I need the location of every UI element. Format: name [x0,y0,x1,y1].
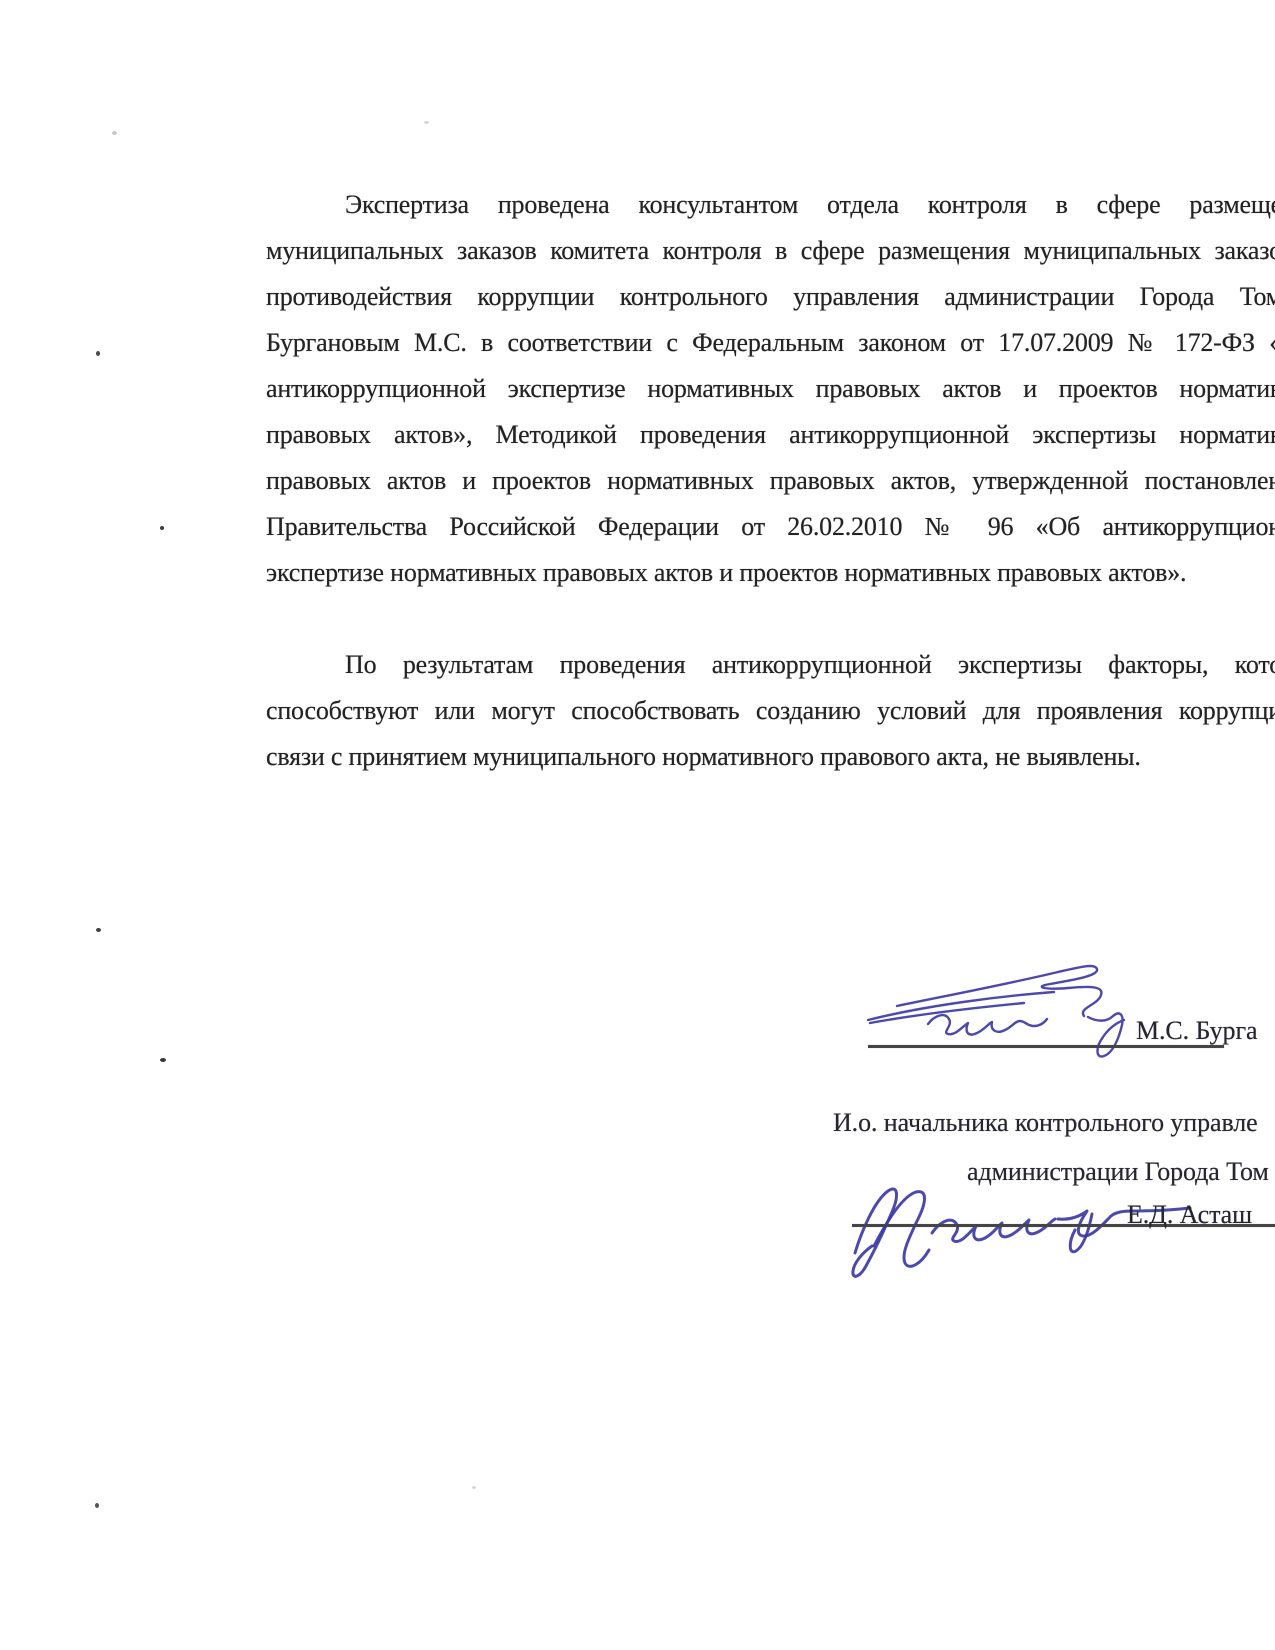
scan-speck [112,131,117,135]
scan-speck [800,757,804,760]
scan-speck [95,1503,99,1508]
scan-speck [160,1058,166,1062]
signature-1 [868,966,1124,1057]
scan-speck [160,526,164,530]
signature-2-stroke [874,1192,929,1267]
scan-speck [424,121,429,124]
signature-2-stroke [932,1219,1055,1241]
scan-speck [472,1486,476,1489]
scan-speck [96,351,100,356]
signatory-title-line-1: И.о. начальника контрольного управле [833,1108,1258,1138]
signature-2-stroke [853,1189,897,1276]
signatory-name-1: М.С. Бурга [1136,1016,1257,1046]
signatory-name-2: Е.Д. Асташ [1127,1200,1252,1230]
signature-ink-layer [0,0,1275,1650]
scan-speck [96,928,101,932]
signature-1-stroke [1088,1013,1124,1056]
scanned-document-page: Экспертиза проведена консультантом отдел… [0,0,1275,1650]
signatory-title-line-2: администрации Города Том [967,1157,1269,1187]
signature-1-stroke [928,1015,1047,1034]
